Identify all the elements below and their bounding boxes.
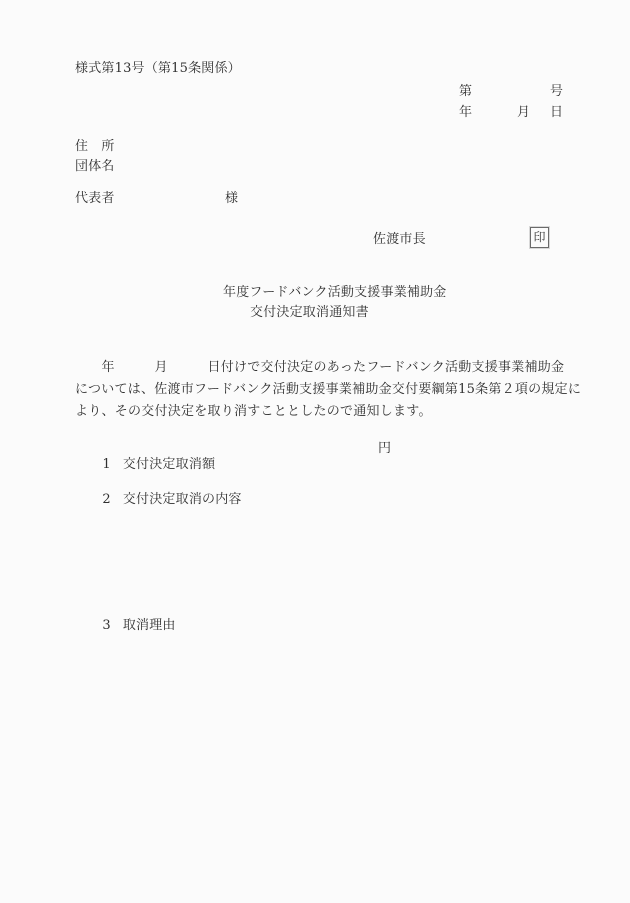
item-3-number: 3 [102, 618, 110, 634]
document-page: 様式第13号（第15条関係） 第 号 年 月 日 住 所 団体名 代表者 様 佐… [0, 0, 630, 903]
item-1-unit: 円 [378, 441, 391, 457]
recipient-representative-label: 代表者 [75, 191, 115, 207]
item-3-label: 取消理由 [123, 618, 176, 634]
doc-title-line2: 交付決定取消通知書 [250, 305, 369, 321]
recipient-address-label: 住 所 [75, 139, 115, 155]
seal-mark: 印 [530, 227, 549, 248]
item-2-number: 2 [102, 492, 110, 508]
item-1-number: 1 [102, 457, 110, 473]
date-month-label: 月 [517, 105, 530, 121]
body-line: については、佐渡市フードバンク活動支援事業補助金交付要綱第15条第２項の規定に [75, 379, 575, 401]
body-line: 年 月 日付けで交付決定のあったフードバンク活動支援事業補助金 [75, 357, 575, 379]
date-day-label: 日 [550, 105, 563, 121]
form-number: 様式第13号（第15条関係） [75, 61, 241, 77]
sender-name: 佐渡市長 [373, 232, 426, 248]
recipient-org-label: 団体名 [75, 159, 115, 175]
item-1-label: 交付決定取消額 [123, 457, 215, 473]
item-2-label: 交付決定取消の内容 [123, 492, 242, 508]
recipient-honorific: 様 [225, 191, 238, 207]
body-line: より、その交付決定を取り消すこととしたので通知します。 [75, 401, 575, 423]
body-paragraph: 年 月 日付けで交付決定のあったフードバンク活動支援事業補助金 については、佐渡… [75, 357, 575, 423]
doc-title-line1: 年度フードバンク活動支援事業補助金 [223, 285, 447, 301]
date-year-label: 年 [459, 105, 472, 121]
doc-number-prefix: 第 [459, 84, 472, 100]
doc-number-suffix: 号 [550, 84, 563, 100]
item-3-row: 3取消理由 [85, 602, 176, 651]
item-2-row: 2交付決定取消の内容 [85, 476, 242, 525]
